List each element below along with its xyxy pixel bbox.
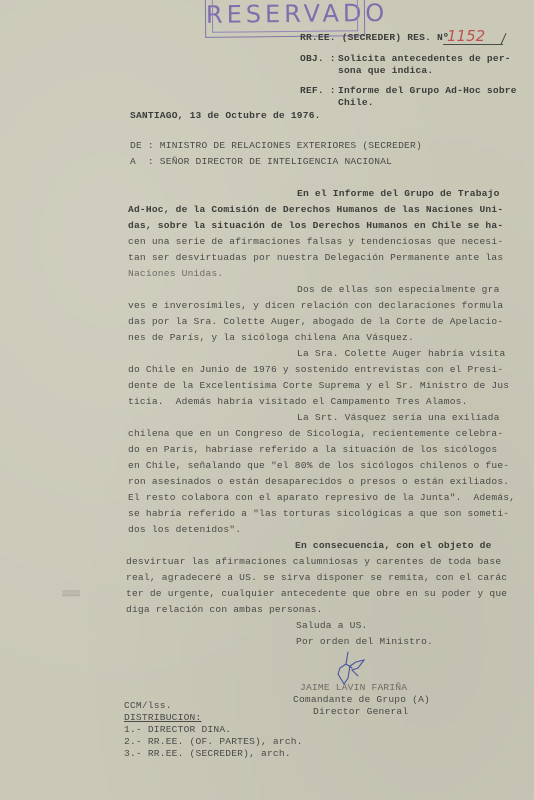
reference-number: 1152 [447, 27, 485, 45]
p5-line: En consecuencia, con el objeto de [295, 540, 492, 552]
p4-line: se habría referido a "las torturas sicol… [128, 508, 509, 520]
p4-line: do en París, habríase referido a la situ… [128, 444, 497, 456]
p2-line: nes de París, y la sicóloga chilena Ana … [128, 332, 414, 344]
by-order: Por orden del Ministro. [296, 636, 433, 648]
signer-title: Director General [313, 706, 408, 718]
p5-line: diga relación con ambas personas. [126, 604, 323, 616]
to-line: A : SEÑOR DIRECTOR DE INTELIGENCIA NACIO… [130, 156, 392, 168]
initials: CCM/lss. [124, 700, 172, 712]
p5-line: desvirtuar las afirmaciones calumniosas … [126, 556, 501, 568]
p3-line: La Sra. Colette Auger habría visita [297, 348, 506, 360]
signer-rank: Comandante de Grupo (A) [293, 694, 430, 706]
date-line: SANTIAGO, 13 de Octubre de 1976. [130, 110, 321, 122]
p1-line: Ad-Hoc, de la Comisión de Derechos Human… [128, 204, 503, 216]
p4-line: La Srt. Vásquez sería una exiliada [297, 412, 500, 424]
reference-number-underline [443, 44, 503, 45]
reference-slash [501, 33, 508, 45]
p5-line: real, agradeceré a US. se sirva disponer… [126, 572, 507, 584]
ref-line-1: Informe del Grupo Ad-Hoc sobre [338, 85, 517, 97]
p4-line: El resto colabora con el aparato represi… [128, 492, 515, 504]
p1-line: tan ser desvirtuadas por nuestra Delegac… [128, 252, 503, 264]
salutation: Saluda a US. [296, 620, 368, 632]
from-line: DE : MINISTRO DE RELACIONES EXTERIORES (… [130, 140, 422, 152]
obj-line-2: sona que indica. [338, 65, 433, 77]
signer-name: JAIME LAVIN FARIÑA [300, 682, 407, 694]
obj-line-1: Solicita antecedentes de per- [338, 53, 511, 65]
distribution-item: 2.- RR.EE. (OF. PARTES), arch. [124, 736, 303, 748]
p1-line: das, sobre la situación de los Derechos … [128, 220, 503, 232]
p4-line: dos los detenidos". [128, 524, 241, 536]
document-page: RESERVADO RR.EE. (SECREDER) RES. Nº 1152… [0, 0, 534, 800]
p4-line: en Chile, señalando que "el 80% de los s… [128, 460, 509, 472]
p3-line: dente de la Excelentísima Corte Suprema … [128, 380, 509, 392]
p4-line: chilena que en un Congreso de Sicología,… [128, 428, 503, 440]
obj-label: OBJ. : [300, 53, 336, 65]
p4-line: ron asesinados o están desaparecidos o p… [128, 476, 509, 488]
p2-line: Dos de ellas son especialmente gra [297, 284, 500, 296]
p2-line: das por la Sra. Colette Auger, abogado d… [128, 316, 503, 328]
distribution-item: 3.- RR.EE. (SECREDER), arch. [124, 748, 291, 760]
p5-line: ter de urgente, cualquier antecedente qu… [126, 588, 507, 600]
distribution-item: 1.- DIRECTOR DINA. [124, 724, 231, 736]
stamp-inner-border [212, 0, 358, 33]
margin-smudge: ▒▒▒▒▒ [62, 590, 80, 597]
p2-line: ves e inverosímiles, y dicen relación co… [128, 300, 503, 312]
p1-line: En el Informe del Grupo de Trabajo [297, 188, 500, 200]
p3-line: ticia. Además habría visitado el Campame… [128, 396, 468, 408]
reference-prefix: RR.EE. (SECREDER) RES. Nº [300, 32, 449, 44]
p1-line: cen una serie de afirmaciones falsas y t… [128, 236, 503, 248]
p3-line: do Chile en Junio de 1976 y sostenido en… [128, 364, 503, 376]
distribution-label: DISTRIBUCION: [124, 712, 201, 724]
p1-line: Naciones Unidas. [128, 268, 223, 280]
ref-label: REF. : [300, 85, 336, 97]
ref-line-2: Chile. [338, 97, 374, 109]
